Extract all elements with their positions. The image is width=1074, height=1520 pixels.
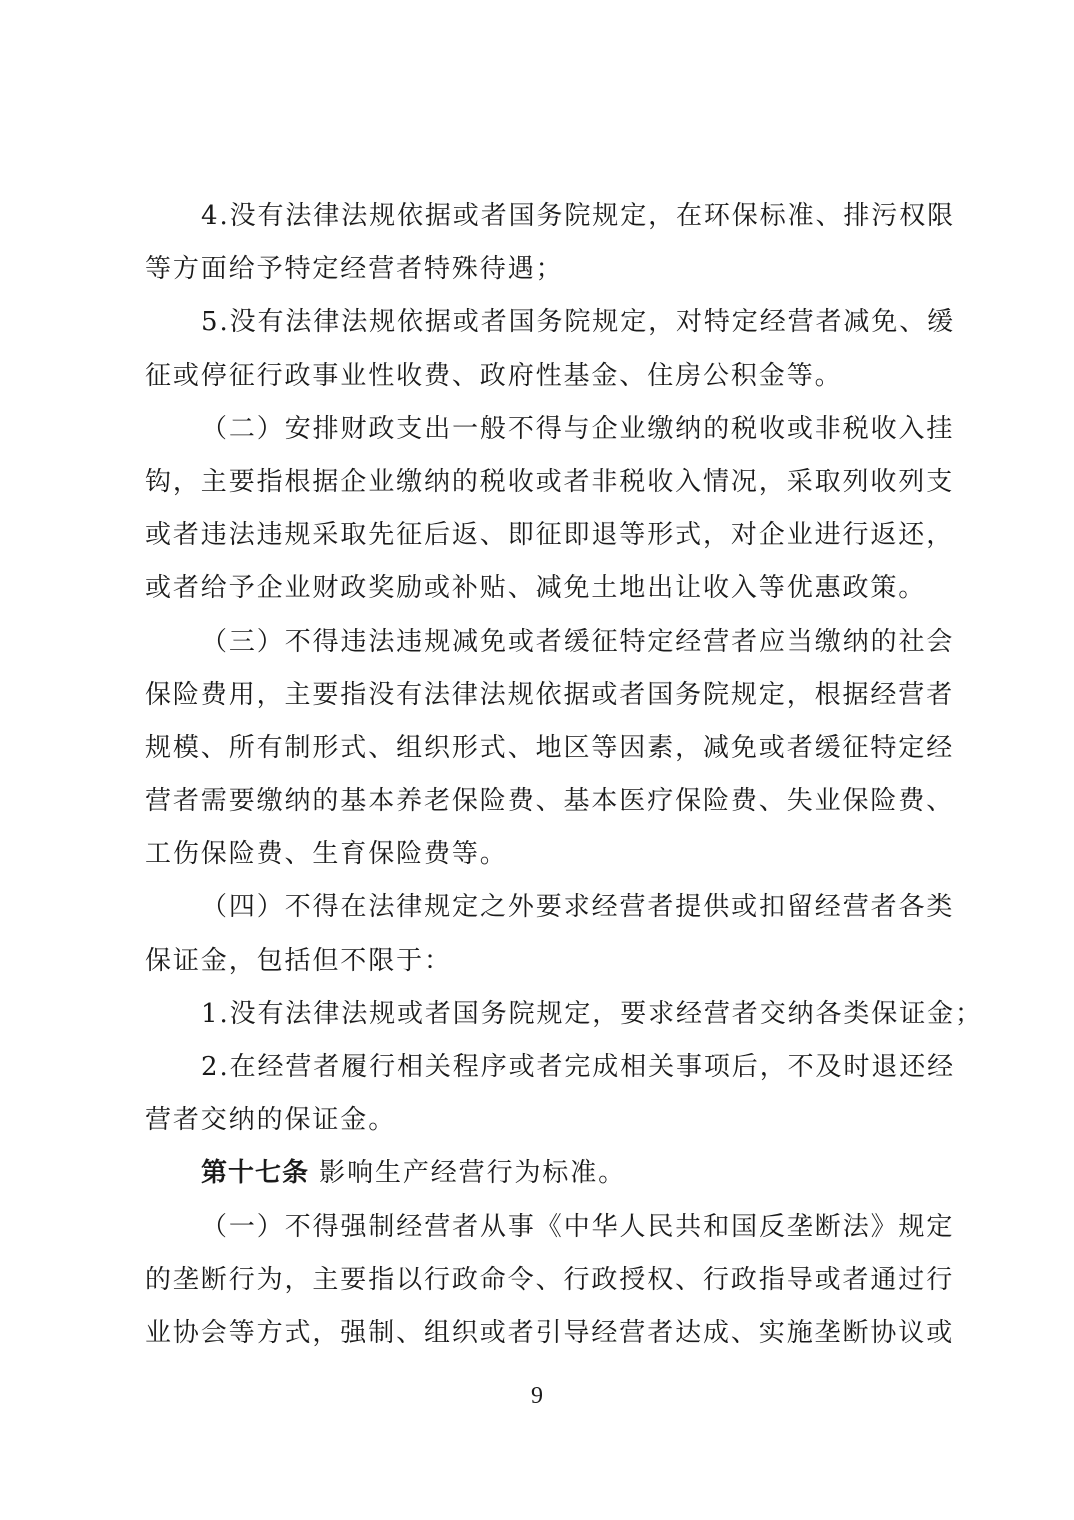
text-line: 或者给予企业财政奖励或补贴、减免土地出让收入等优惠政策。 <box>145 562 930 615</box>
text-line: 规模、所有制形式、组织形式、地区等因素，减免或者缓征特定经 <box>145 722 930 775</box>
text-line: 的垄断行为，主要指以行政命令、行政授权、行政指导或者通过行 <box>145 1254 930 1307</box>
page-number: 9 <box>0 1383 1074 1410</box>
text-line: 或者违法违规采取先征后返、即征即退等形式，对企业进行返还， <box>145 509 930 562</box>
article-heading-line: 第十七条 影响生产经营行为标准。 <box>145 1147 930 1200</box>
text-line: （四）不得在法律规定之外要求经营者提供或扣留经营者各类 <box>145 881 930 934</box>
text-line: 2.在经营者履行相关程序或者完成相关事项后，不及时退还经 <box>145 1041 930 1094</box>
article-number: 第十七条 <box>201 1158 309 1188</box>
text-line: 营者需要缴纳的基本养老保险费、基本医疗保险费、失业保险费、 <box>145 775 930 828</box>
text-line: 等方面给予特定经营者特殊待遇； <box>145 243 930 296</box>
text-line: （二）安排财政支出一般不得与企业缴纳的税收或非税收入挂 <box>145 403 930 456</box>
text-line: 工伤保险费、生育保险费等。 <box>145 828 930 881</box>
text-line: （一）不得强制经营者从事《中华人民共和国反垄断法》规定 <box>145 1201 930 1254</box>
text-line: 营者交纳的保证金。 <box>145 1094 930 1147</box>
text-line: 1.没有法律法规或者国务院规定，要求经营者交纳各类保证金； <box>145 988 930 1041</box>
text-line: 业协会等方式，强制、组织或者引导经营者达成、实施垄断协议或 <box>145 1307 930 1360</box>
text-line: 4.没有法律法规依据或者国务院规定，在环保标准、排污权限 <box>145 190 930 243</box>
text-line: 5.没有法律法规依据或者国务院规定，对特定经营者减免、缓 <box>145 296 930 349</box>
text-line: 保证金，包括但不限于： <box>145 935 930 988</box>
text-line: （三）不得违法违规减免或者缓征特定经营者应当缴纳的社会 <box>145 616 930 669</box>
text-line: 征或停征行政事业性收费、政府性基金、住房公积金等。 <box>145 350 930 403</box>
text-line: 钩，主要指根据企业缴纳的税收或者非税收入情况，采取列收列支 <box>145 456 930 509</box>
article-title: 影响生产经营行为标准。 <box>309 1158 626 1188</box>
document-page: 4.没有法律法规依据或者国务院规定，在环保标准、排污权限 等方面给予特定经营者特… <box>145 190 930 1360</box>
text-line: 保险费用，主要指没有法律法规依据或者国务院规定，根据经营者 <box>145 669 930 722</box>
